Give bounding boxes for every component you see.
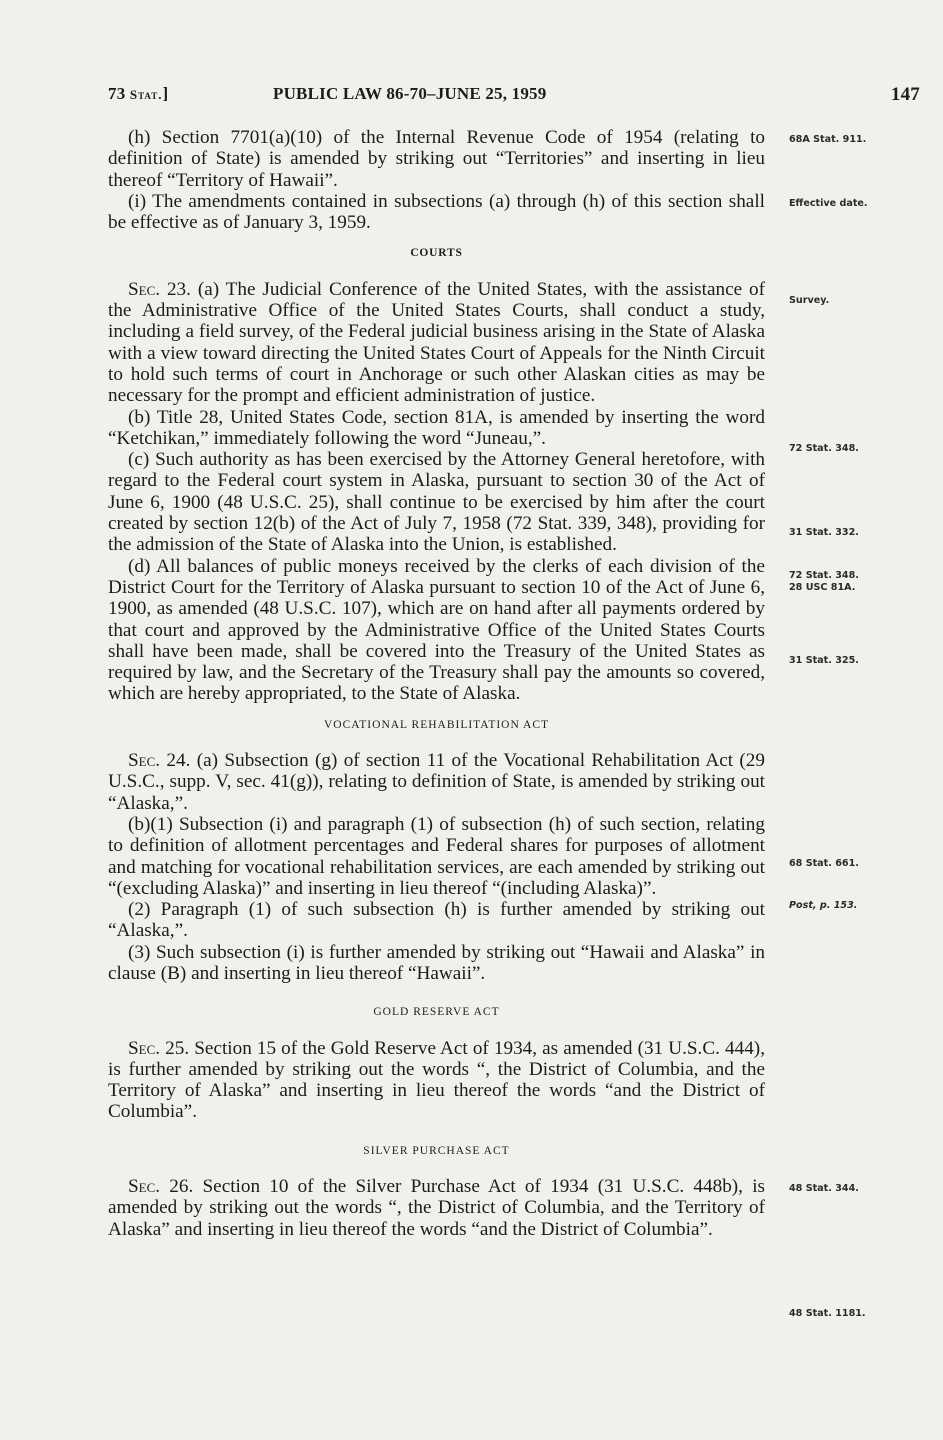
sec-25-label: Sec. 25.: [128, 1038, 189, 1059]
heading-vocational: VOCATIONAL REHABILITATION ACT: [108, 715, 765, 736]
volume-citation: 73 Stat.]: [108, 84, 168, 104]
margin-note: 68 Stat. 661.: [789, 858, 859, 870]
margin-note: 31 Stat. 325.: [789, 655, 859, 667]
page-number: 147: [891, 84, 920, 106]
sec-25: Sec. 25. Section 15 of the Gold Reserve …: [108, 1038, 765, 1123]
sec-26-label: Sec. 26.: [128, 1176, 193, 1197]
sec-23-d: (d) All balances of public moneys receiv…: [108, 556, 765, 705]
margin-note: 68A Stat. 911.: [789, 134, 866, 146]
margin-note: 28 USC 81A.: [789, 582, 855, 594]
margin-note: 72 Stat. 348.: [789, 570, 859, 582]
volume-abbrev: Stat.: [130, 87, 163, 102]
margin-note: 31 Stat. 332.: [789, 527, 859, 539]
sec-24-a: Sec. 24. (a) Subsection (g) of section 1…: [108, 750, 765, 814]
sec-24-b2: (2) Paragraph (1) of such subsection (h)…: [108, 899, 765, 942]
document-page: 73 Stat.] PUBLIC LAW 86-70–JUNE 25, 1959…: [0, 0, 943, 1440]
sec-24-a-text: (a) Subsection (g) of section 11 of the …: [108, 750, 765, 814]
margin-note: Effective date.: [789, 198, 868, 210]
sec-24-b3: (3) Such subsection (i) is further amend…: [108, 942, 765, 985]
volume-number: 73: [108, 84, 125, 103]
heading-gold: GOLD RESERVE ACT: [108, 1002, 765, 1023]
paragraph-i: (i) The amendments contained in subsecti…: [108, 191, 765, 234]
margin-note: 48 Stat. 1181.: [789, 1308, 866, 1320]
margin-note: Survey.: [789, 295, 829, 307]
bracket: ]: [163, 84, 169, 103]
margin-note: Post, p. 153.: [789, 900, 857, 912]
sec-23-a-text: (a) The Judicial Conference of the Unite…: [108, 279, 765, 406]
paragraph-h: (h) Section 7701(a)(10) of the Internal …: [108, 127, 765, 191]
sec-23-a: Sec. 23. (a) The Judicial Conference of …: [108, 279, 765, 407]
sec-26-text: Section 10 of the Silver Purchase Act of…: [108, 1176, 765, 1240]
margin-note: 48 Stat. 344.: [789, 1183, 859, 1195]
sec-23-b: (b) Title 28, United States Code, sectio…: [108, 407, 765, 450]
running-head: 73 Stat.] PUBLIC LAW 86-70–JUNE 25, 1959…: [108, 84, 920, 110]
sec-26: Sec. 26. Section 10 of the Silver Purcha…: [108, 1176, 765, 1240]
sec-23-label: Sec. 23.: [128, 279, 191, 300]
heading-silver: SILVER PURCHASE ACT: [108, 1141, 765, 1162]
sec-24-b1: (b)(1) Subsection (i) and paragraph (1) …: [108, 814, 765, 899]
sec-25-text: Section 15 of the Gold Reserve Act of 19…: [108, 1038, 765, 1123]
margin-note: 72 Stat. 348.: [789, 443, 859, 455]
body-text: (h) Section 7701(a)(10) of the Internal …: [108, 127, 765, 1240]
heading-courts: COURTS: [108, 243, 765, 264]
sec-24-label: Sec. 24.: [128, 750, 190, 771]
page-title: PUBLIC LAW 86-70–JUNE 25, 1959: [273, 84, 546, 104]
sec-23-c: (c) Such authority as has been exercised…: [108, 449, 765, 555]
